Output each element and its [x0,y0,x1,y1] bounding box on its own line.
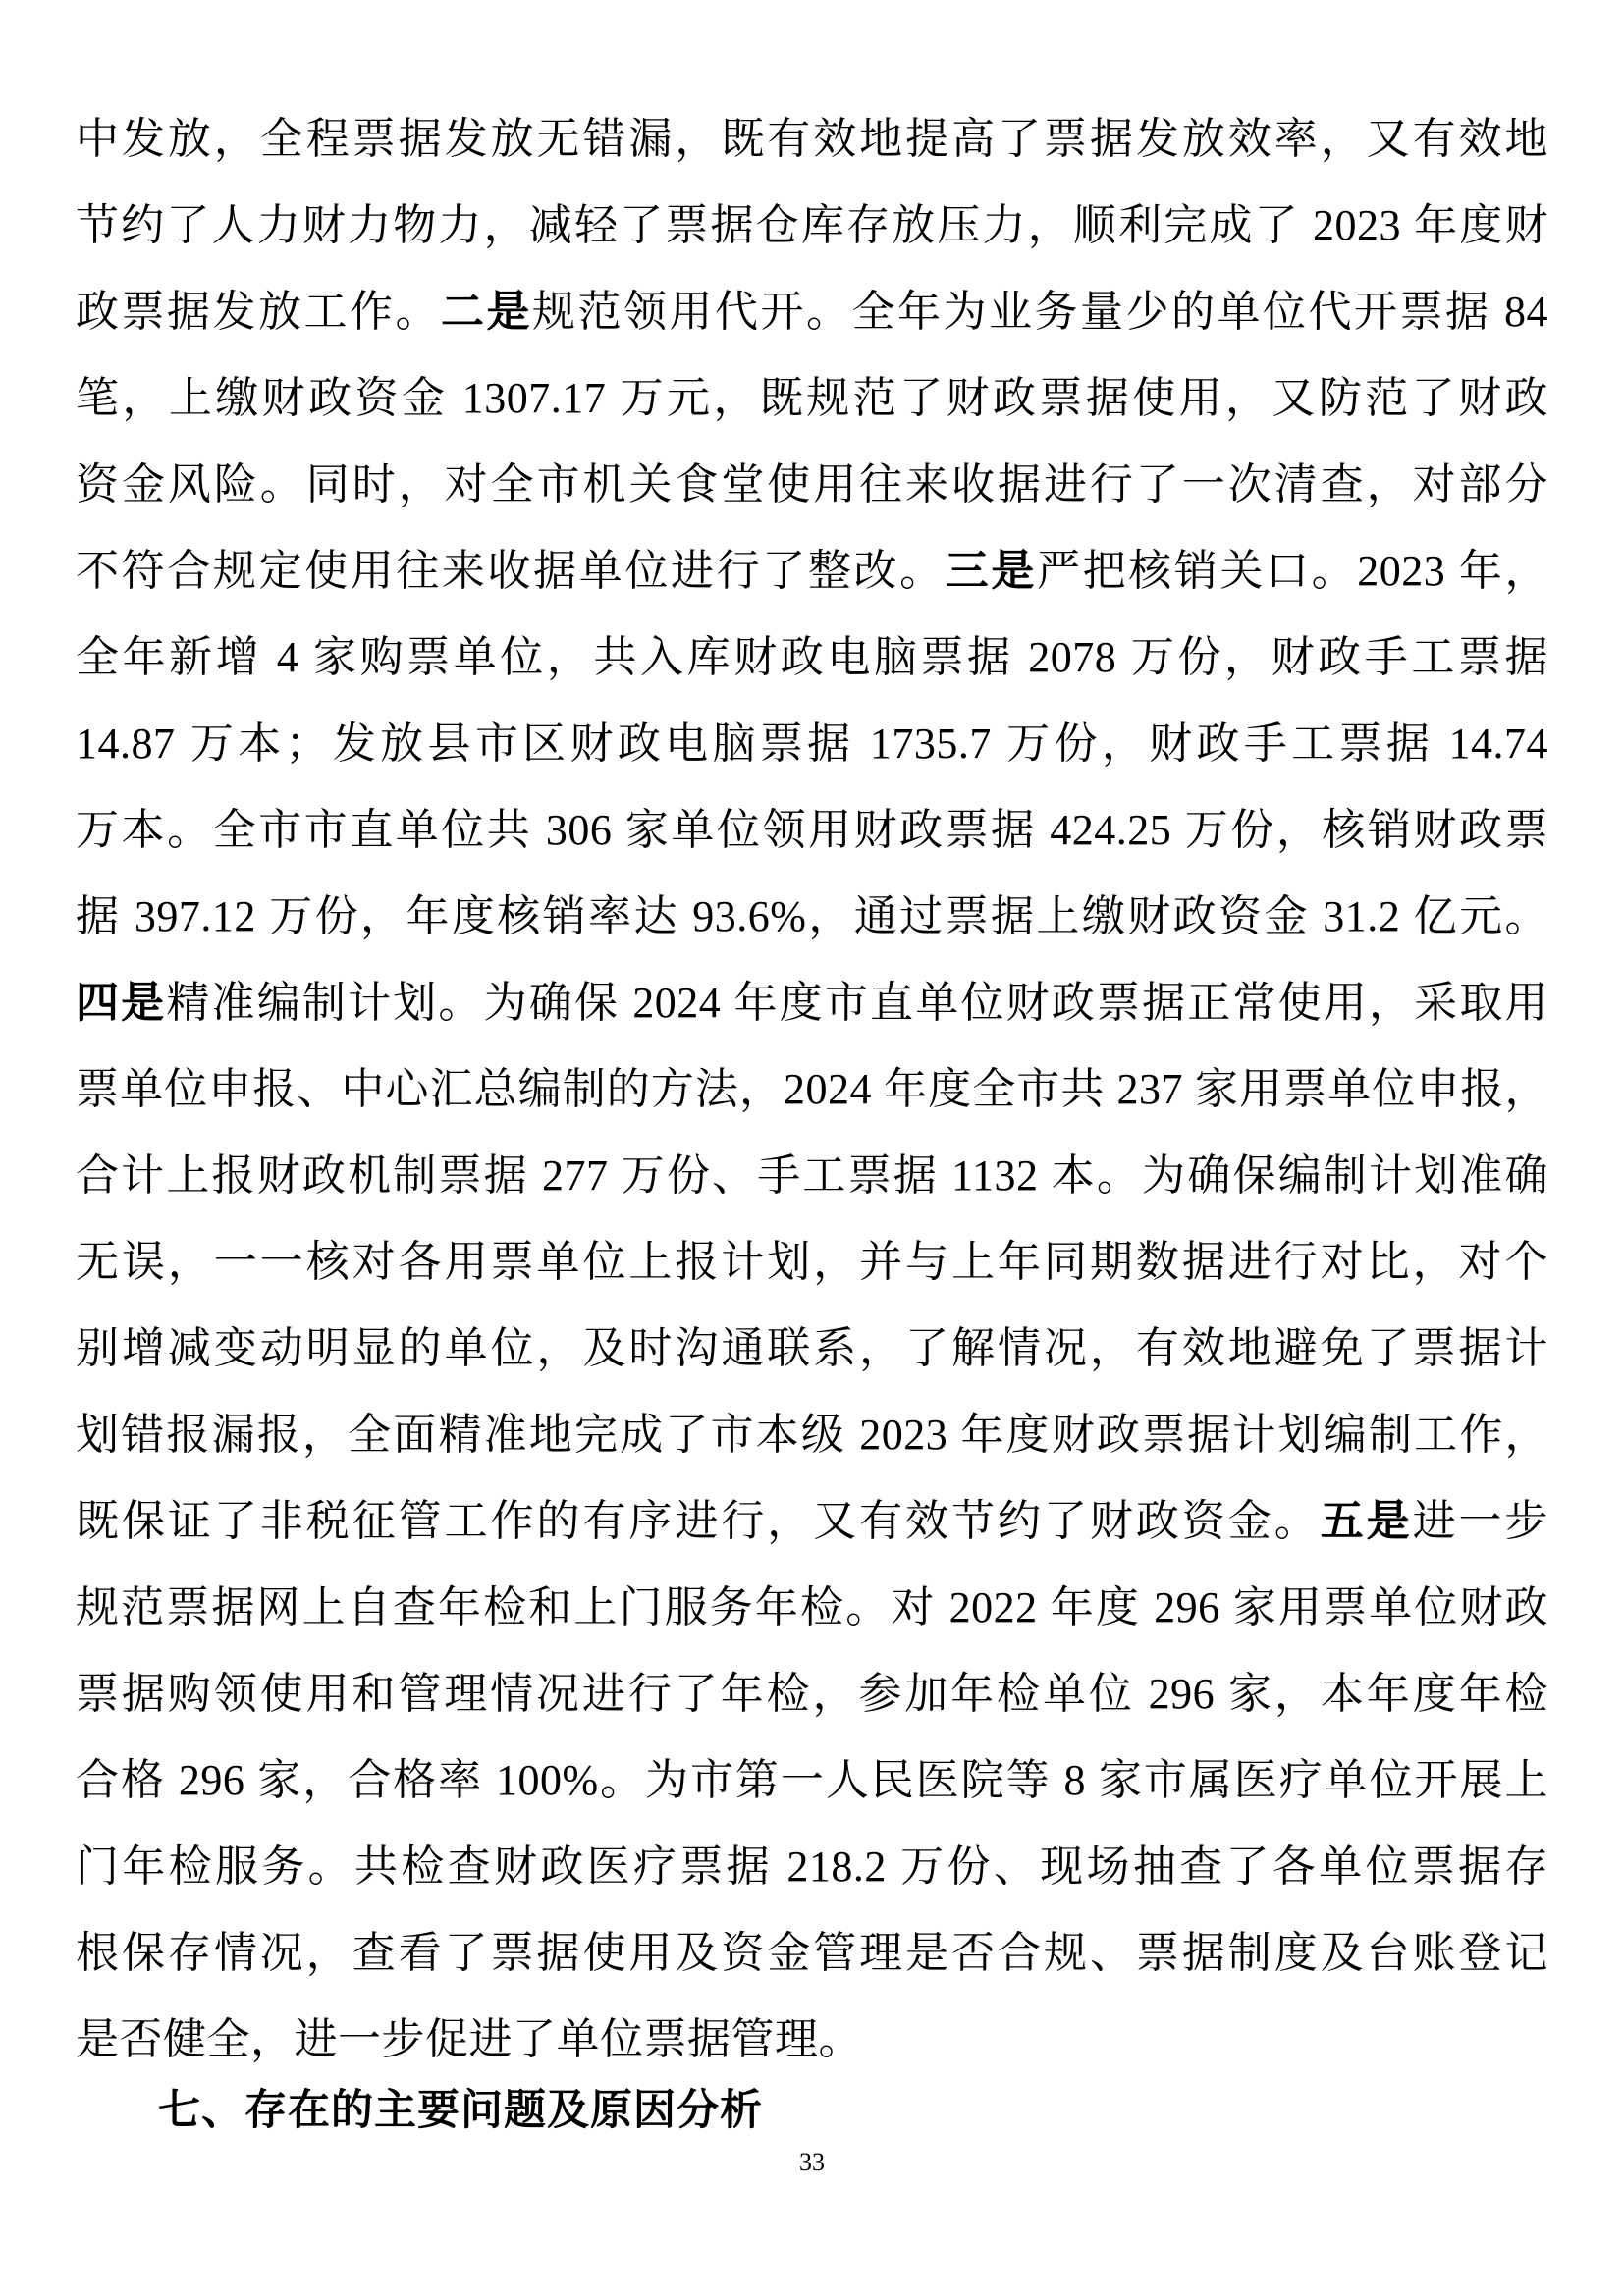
body-line: 合格 296 家，合格率 100%。为市第一人民医院等 8 家市属医疗单位开展上 [76,1737,1548,1824]
body-line: 政票据发放工作。二是规范领用代开。全年为业务量少的单位代开票据 84 [76,269,1548,355]
line-text: 划错报漏报，全面精准地完成了市本级 2023 年度财政票据计划编制工作， [76,1411,1548,1459]
line-text: 根保存情况，查看了票据使用及资金管理是否合规、票据制度及台账登记 [76,1929,1548,1977]
emphasis-text: 五是 [1321,1497,1413,1545]
line-text: 笔，上缴财政资金 1307.17 万元，既规范了财政票据使用，又防范了财政 [76,374,1548,422]
body-line: 规范票据网上自查年检和上门服务年检。对 2022 年度 296 家用票单位财政 [76,1565,1548,1651]
page-number: 33 [76,2150,1548,2175]
body-line: 节约了人力财力物力，减轻了票据仓库存放压力，顺利完成了 2023 年度财 [76,183,1548,269]
line-text: 严把核销关口。2023 年， [1037,547,1548,595]
line-text: 中发放，全程票据发放无错漏，既有效地提高了票据发放效率，又有效地 [76,115,1548,163]
line-text: 合计上报财政机制票据 277 万份、手工票据 1132 本。为确保编制计划准确 [76,1151,1548,1200]
line-text: 据 397.12 万份，年度核销率达 93.6%，通过票据上缴财政资金 31.2… [76,892,1548,940]
body-line: 合计上报财政机制票据 277 万份、手工票据 1132 本。为确保编制计划准确 [76,1133,1548,1219]
body-text: 中发放，全程票据发放无错漏，既有效地提高了票据发放效率，又有效地 节约了人力财力… [76,96,1548,2083]
body-line: 别增减变动明显的单位，及时沟通联系，了解情况，有效地避免了票据计 [76,1306,1548,1392]
emphasis-text: 四是 [76,979,166,1027]
body-line: 笔，上缴财政资金 1307.17 万元，既规范了财政票据使用，又防范了财政 [76,355,1548,442]
body-line: 是否健全，进一步促进了单位票据管理。 [76,1997,1548,2083]
document-page: 中发放，全程票据发放无错漏，既有效地提高了票据发放效率，又有效地 节约了人力财力… [0,0,1624,2296]
line-text: 合格 296 家，合格率 100%。为市第一人民医院等 8 家市属医疗单位开展上 [76,1756,1548,1804]
line-text: 票据购领使用和管理情况进行了年检，参加年检单位 296 家，本年度年检 [76,1670,1548,1718]
line-text: 规范票据网上自查年检和上门服务年检。对 2022 年度 296 家用票单位财政 [76,1583,1548,1631]
body-line: 票单位申报、中心汇总编制的方法，2024 年度全市共 237 家用票单位申报， [76,1046,1548,1133]
line-text: 14.87 万本；发放县市区财政电脑票据 1735.7 万份，财政手工票据 14… [76,720,1548,768]
emphasis-text: 二是 [441,288,532,336]
body-line: 资金风险。同时，对全市机关食堂使用往来收据进行了一次清查，对部分 [76,442,1548,528]
body-line: 划错报漏报，全面精准地完成了市本级 2023 年度财政票据计划编制工作， [76,1392,1548,1478]
body-line: 不符合规定使用往来收据单位进行了整改。三是严把核销关口。2023 年， [76,528,1548,614]
body-line: 14.87 万本；发放县市区财政电脑票据 1735.7 万份，财政手工票据 14… [76,701,1548,787]
line-text: 政票据发放工作。 [76,288,441,336]
body-line: 四是精准编制计划。为确保 2024 年度市直单位财政票据正常使用，采取用 [76,960,1548,1046]
line-text: 精准编制计划。为确保 2024 年度市直单位财政票据正常使用，采取用 [166,979,1548,1027]
line-text: 票单位申报、中心汇总编制的方法，2024 年度全市共 237 家用票单位申报， [76,1065,1548,1113]
line-text: 规范领用代开。全年为业务量少的单位代开票据 84 [532,288,1548,336]
body-line: 全年新增 4 家购票单位，共入库财政电脑票据 2078 万份，财政手工票据 [76,614,1548,701]
line-text: 无误，一一核对各用票单位上报计划，并与上年同期数据进行对比，对个 [76,1238,1548,1286]
line-text: 全年新增 4 家购票单位，共入库财政电脑票据 2078 万份，财政手工票据 [76,633,1548,681]
emphasis-text: 三是 [946,547,1037,595]
line-text: 门年检服务。共检查财政医疗票据 218.2 万份、现场抽查了各单位票据存 [76,1842,1548,1891]
line-text: 是否健全，进一步促进了单位票据管理。 [76,2015,862,2063]
line-text: 进一步 [1413,1497,1548,1545]
body-line: 万本。全市市直单位共 306 家单位领用财政票据 424.25 万份，核销财政票 [76,787,1548,874]
line-text: 不符合规定使用往来收据单位进行了整改。 [76,547,946,595]
section-heading: 七、存在的主要问题及原因分析 [76,2085,1548,2136]
body-line: 票据购领使用和管理情况进行了年检，参加年检单位 296 家，本年度年检 [76,1651,1548,1737]
body-line: 既保证了非税征管工作的有序进行，又有效节约了财政资金。五是进一步 [76,1478,1548,1565]
body-line: 根保存情况，查看了票据使用及资金管理是否合规、票据制度及台账登记 [76,1910,1548,1997]
body-line: 无误，一一核对各用票单位上报计划，并与上年同期数据进行对比，对个 [76,1219,1548,1306]
line-text: 既保证了非税征管工作的有序进行，又有效节约了财政资金。 [76,1497,1321,1545]
line-text: 资金风险。同时，对全市机关食堂使用往来收据进行了一次清查，对部分 [76,460,1548,508]
line-text: 别增减变动明显的单位，及时沟通联系，了解情况，有效地避免了票据计 [76,1324,1548,1372]
body-line: 据 397.12 万份，年度核销率达 93.6%，通过票据上缴财政资金 31.2… [76,874,1548,960]
body-line: 门年检服务。共检查财政医疗票据 218.2 万份、现场抽查了各单位票据存 [76,1824,1548,1910]
body-line: 中发放，全程票据发放无错漏，既有效地提高了票据发放效率，又有效地 [76,96,1548,183]
line-text: 万本。全市市直单位共 306 家单位领用财政票据 424.25 万份，核销财政票 [76,806,1548,854]
line-text: 节约了人力财力物力，减轻了票据仓库存放压力，顺利完成了 2023 年度财 [76,201,1548,249]
